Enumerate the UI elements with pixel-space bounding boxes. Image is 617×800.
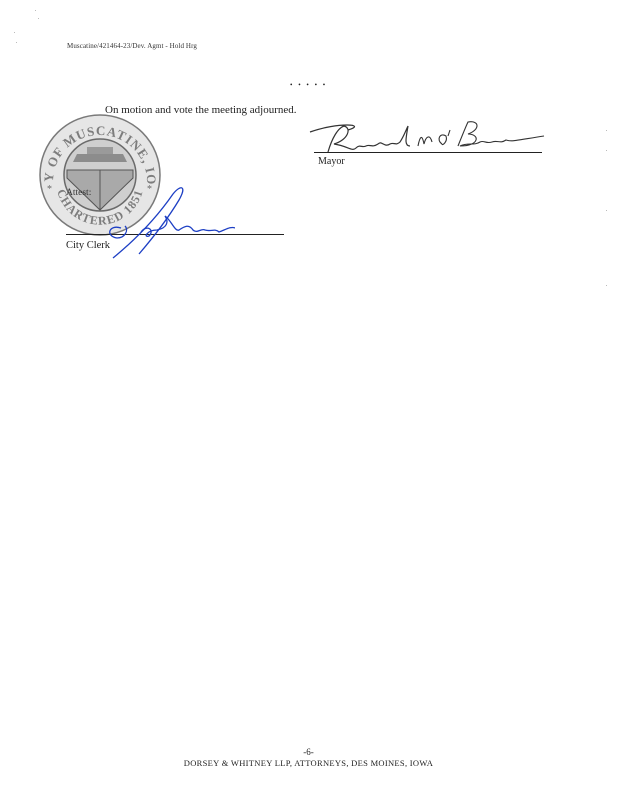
adjournment-statement: On motion and vote the meeting adjourned… bbox=[105, 104, 297, 116]
section-separator: • • • • • bbox=[290, 81, 327, 89]
scan-speck bbox=[606, 210, 607, 211]
scan-speck bbox=[38, 18, 39, 19]
mayor-signature-line bbox=[314, 152, 542, 153]
scan-speck bbox=[14, 32, 15, 33]
scan-speck bbox=[606, 285, 607, 286]
page-number: -6- bbox=[0, 747, 617, 757]
mayor-label: Mayor bbox=[318, 156, 345, 167]
scan-speck bbox=[35, 10, 36, 11]
scan-speck bbox=[606, 130, 607, 131]
clerk-signature-icon bbox=[95, 180, 235, 260]
svg-text:*: * bbox=[47, 184, 52, 195]
footer-firm-name: DORSEY & WHITNEY LLP, ATTORNEYS, DES MOI… bbox=[0, 758, 617, 768]
header-reference: Muscatine/421464-23/Dev. Agmt - Hold Hrg bbox=[67, 42, 197, 50]
scan-speck bbox=[16, 42, 17, 43]
attest-label: Attest: bbox=[66, 188, 91, 198]
scan-speck bbox=[606, 150, 607, 151]
